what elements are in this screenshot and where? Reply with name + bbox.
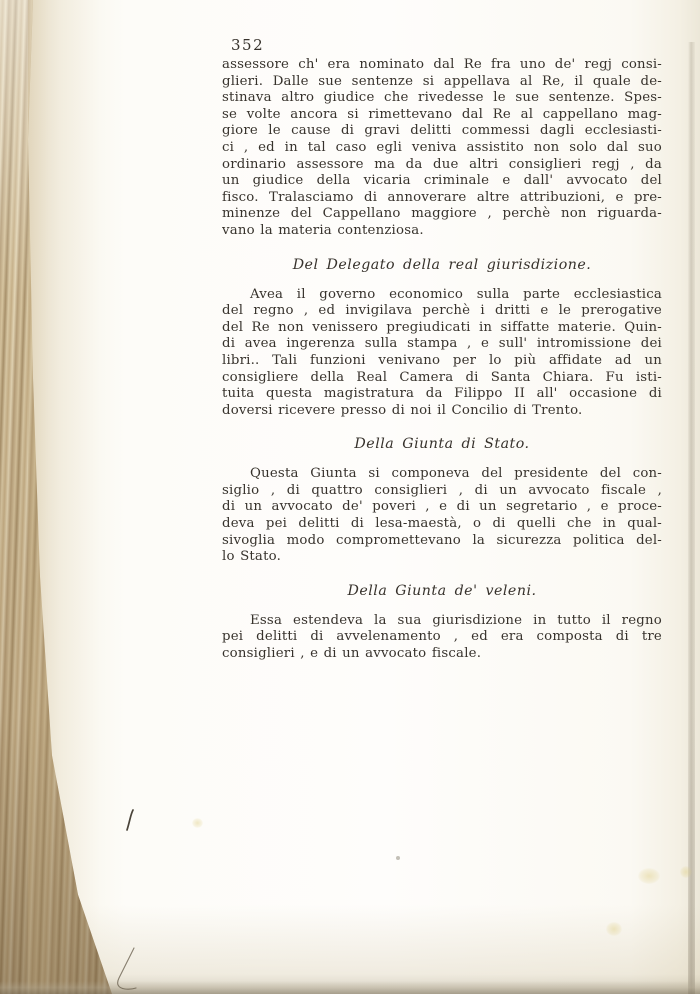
text-line: del Re non venissero pregiudicati in sif…	[222, 320, 662, 337]
text-line: siglio , di quattro consiglieri , di un …	[222, 483, 662, 500]
paragraph: Questa Giunta si componeva del president…	[222, 466, 662, 566]
text-line: lo Stato.	[222, 549, 662, 566]
text-line: se volte ancora si rimettevano dal Re al…	[222, 107, 662, 124]
text-column: 352 assessore ch' era nominato dal Re fr…	[222, 36, 662, 663]
text-line: un giudice della vicaria criminale e dal…	[222, 173, 662, 190]
text-line: giore le cause di gravi delitti commessi…	[222, 123, 662, 140]
scanned-book-page: 352 assessore ch' era nominato dal Re fr…	[0, 0, 700, 994]
text-line: stinava altro giudice che rivedesse le s…	[222, 90, 662, 107]
ink-mark	[124, 808, 136, 836]
text-line: di un avvocato de' poveri , e di un segr…	[222, 499, 662, 516]
text-line: assessore ch' era nominato dal Re fra un…	[222, 57, 662, 74]
text-line: consiglieri , e di un avvocato fiscale.	[222, 646, 662, 663]
text-line: del regno , ed invigilava perchè i dritt…	[222, 303, 662, 320]
text-line: ordinario assessore ma da due altri cons…	[222, 157, 662, 174]
text-line: ci , ed in tal caso egli veniva assistit…	[222, 140, 662, 157]
text-line: pei delitti di avvelenamento , ed era co…	[222, 629, 662, 646]
text-line: Questa Giunta si componeva del president…	[222, 466, 662, 483]
text-line: tuita questa magistratura da Filippo II …	[222, 386, 662, 403]
section-heading: Del Delegato della real giurisdizione.	[222, 257, 662, 274]
text-line: libri.. Tali funzioni venivano per lo pi…	[222, 353, 662, 370]
text-line: deva pei delitti di lesa-maestà, o di qu…	[222, 516, 662, 533]
page-number: 352	[222, 36, 662, 55]
paragraph: assessore ch' era nominato dal Re fra un…	[222, 57, 662, 240]
paragraph: Essa estendeva la sua giurisdizione in t…	[222, 613, 662, 663]
dust-speck	[396, 856, 400, 860]
text-line: vano la materia contenziosa.	[222, 223, 662, 240]
text-line: glieri. Dalle sue sentenze si appellava …	[222, 74, 662, 91]
paragraph: Avea il governo economico sulla parte ec…	[222, 287, 662, 420]
text-line: Essa estendeva la sua giurisdizione in t…	[222, 613, 662, 630]
text-line: doversi ricevere presso di noi il Concil…	[222, 403, 662, 420]
text-line: sivoglia modo compromettevano la sicurez…	[222, 533, 662, 550]
text-line: consigliere della Real Camera di Santa C…	[222, 370, 662, 387]
page-bottom-edge-shadow	[0, 981, 700, 994]
text-line: di avea ingerenza sulla stampa , e sull'…	[222, 336, 662, 353]
text-line: minenze del Cappellano maggiore , perchè…	[222, 206, 662, 223]
foxing-spot	[606, 922, 622, 936]
page-right-edge-shadow	[688, 42, 695, 994]
text-line: fisco. Tralasciamo di annoverare altre a…	[222, 190, 662, 207]
foxing-spot	[638, 868, 660, 884]
book-binding-edge	[0, 0, 118, 994]
text-line: Avea il governo economico sulla parte ec…	[222, 287, 662, 304]
foxing-spot	[192, 818, 203, 828]
section-heading: Della Giunta di Stato.	[222, 436, 662, 453]
section-heading: Della Giunta de' veleni.	[222, 583, 662, 600]
